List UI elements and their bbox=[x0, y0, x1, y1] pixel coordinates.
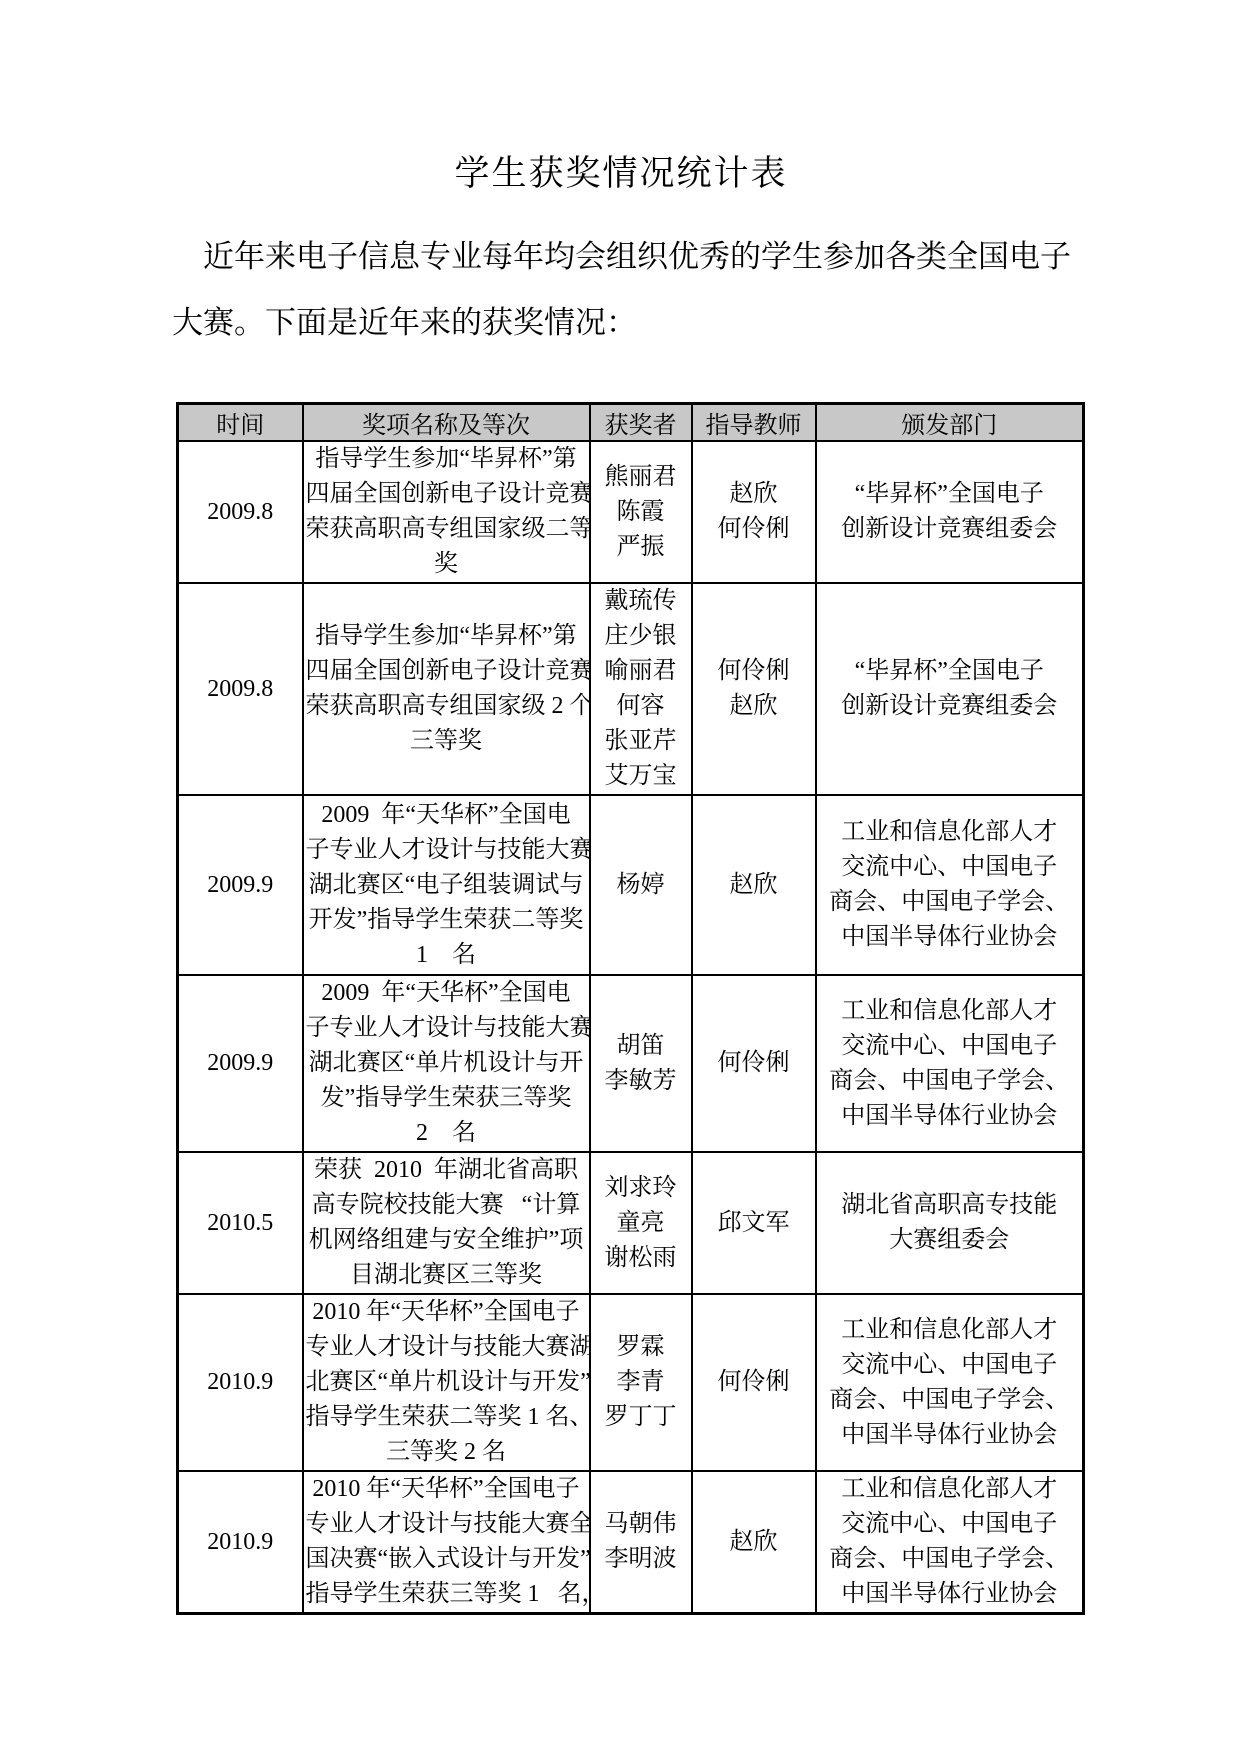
table-row: 2009.8指导学生参加“毕昇杯”第 四届全国创新电子设计竞赛 荣获高职高专组国… bbox=[178, 583, 1084, 795]
cell-issuer: “毕昇杯”全国电子 创新设计竞赛组委会 bbox=[816, 441, 1084, 583]
cell-award: 2010 年“天华杯”全国电子 专业人才设计与技能大赛湖 北赛区“单片机设计与开… bbox=[303, 1294, 590, 1471]
document-page: 学生获奖情况统计表 近年来电子信息专业每年均会组织优秀的学生参加各类全国电子 大… bbox=[0, 0, 1242, 1615]
cell-issuer: 工业和信息化部人才 交流中心、中国电子 商会、中国电子学会、 中国半导体行业协会 bbox=[816, 795, 1084, 975]
intro-line-2: 大赛。下面是近年来的获奖情况： bbox=[172, 290, 1082, 356]
cell-teacher: 赵欣 bbox=[692, 795, 816, 975]
cell-time: 2010.9 bbox=[178, 1471, 303, 1614]
cell-time: 2010.9 bbox=[178, 1294, 303, 1471]
table-row: 2010.92010 年“天华杯”全国电子 专业人才设计与技能大赛全 国决赛“嵌… bbox=[178, 1471, 1084, 1614]
cell-winners: 刘求玲 童亮 谢松雨 bbox=[590, 1152, 692, 1294]
cell-issuer: 工业和信息化部人才 交流中心、中国电子 商会、中国电子学会、 中国半导体行业协会 bbox=[816, 975, 1084, 1152]
cell-award: 2009 年“天华杯”全国电 子专业人才设计与技能大赛 湖北赛区“单片机设计与开… bbox=[303, 975, 590, 1152]
cell-teacher: 赵欣 何伶俐 bbox=[692, 441, 816, 583]
cell-winners: 马朝伟 李明波 bbox=[590, 1471, 692, 1614]
cell-time: 2009.9 bbox=[178, 975, 303, 1152]
cell-time: 2010.5 bbox=[178, 1152, 303, 1294]
cell-time: 2009.8 bbox=[178, 583, 303, 795]
cell-award: 2009 年“天华杯”全国电 子专业人才设计与技能大赛 湖北赛区“电子组装调试与… bbox=[303, 795, 590, 975]
header-award: 奖项名称及等次 bbox=[303, 404, 590, 442]
table-row: 2009.8指导学生参加“毕昇杯”第 四届全国创新电子设计竞赛 荣获高职高专组国… bbox=[178, 441, 1084, 583]
cell-winners: 戴琉传 庄少银 喻丽君 何容 张亚芹 艾万宝 bbox=[590, 583, 692, 795]
header-winners: 获奖者 bbox=[590, 404, 692, 442]
cell-issuer: 湖北省高职高专技能 大赛组委会 bbox=[816, 1152, 1084, 1294]
header-issuer: 颁发部门 bbox=[816, 404, 1084, 442]
table-header-row: 时间 奖项名称及等次 获奖者 指导教师 颁发部门 bbox=[178, 404, 1084, 442]
cell-winners: 杨婷 bbox=[590, 795, 692, 975]
header-time: 时间 bbox=[178, 404, 303, 442]
awards-table: 时间 奖项名称及等次 获奖者 指导教师 颁发部门 2009.8指导学生参加“毕昇… bbox=[176, 402, 1085, 1615]
cell-award: 指导学生参加“毕昇杯”第 四届全国创新电子设计竞赛 荣获高职高专组国家级二等 奖 bbox=[303, 441, 590, 583]
table-row: 2010.5荣获 2010 年湖北省高职 高专院校技能大赛 “计算 机网络组建与… bbox=[178, 1152, 1084, 1294]
page-title: 学生获奖情况统计表 bbox=[0, 0, 1242, 196]
cell-issuer: “毕昇杯”全国电子 创新设计竞赛组委会 bbox=[816, 583, 1084, 795]
table-row: 2009.92009 年“天华杯”全国电 子专业人才设计与技能大赛 湖北赛区“电… bbox=[178, 795, 1084, 975]
cell-teacher: 邱文军 bbox=[692, 1152, 816, 1294]
cell-winners: 胡笛 李敏芳 bbox=[590, 975, 692, 1152]
cell-time: 2009.9 bbox=[178, 795, 303, 975]
cell-time: 2009.8 bbox=[178, 441, 303, 583]
intro-line-1: 近年来电子信息专业每年均会组织优秀的学生参加各类全国电子 bbox=[172, 224, 1082, 290]
cell-winners: 熊丽君 陈霞 严振 bbox=[590, 441, 692, 583]
cell-winners: 罗霖 李青 罗丁丁 bbox=[590, 1294, 692, 1471]
cell-teacher: 赵欣 bbox=[692, 1471, 816, 1614]
cell-issuer: 工业和信息化部人才 交流中心、中国电子 商会、中国电子学会、 中国半导体行业协会 bbox=[816, 1294, 1084, 1471]
cell-teacher: 何伶俐 bbox=[692, 975, 816, 1152]
cell-issuer: 工业和信息化部人才 交流中心、中国电子 商会、中国电子学会、 中国半导体行业协会 bbox=[816, 1471, 1084, 1614]
header-teacher: 指导教师 bbox=[692, 404, 816, 442]
table-row: 2009.92009 年“天华杯”全国电 子专业人才设计与技能大赛 湖北赛区“单… bbox=[178, 975, 1084, 1152]
intro-paragraph: 近年来电子信息专业每年均会组织优秀的学生参加各类全国电子 大赛。下面是近年来的获… bbox=[172, 224, 1082, 356]
cell-award: 指导学生参加“毕昇杯”第 四届全国创新电子设计竞赛 荣获高职高专组国家级 2 个… bbox=[303, 583, 590, 795]
cell-teacher: 何伶俐 bbox=[692, 1294, 816, 1471]
cell-award: 2010 年“天华杯”全国电子 专业人才设计与技能大赛全 国决赛“嵌入式设计与开… bbox=[303, 1471, 590, 1614]
table-row: 2010.92010 年“天华杯”全国电子 专业人才设计与技能大赛湖 北赛区“单… bbox=[178, 1294, 1084, 1471]
cell-teacher: 何伶俐 赵欣 bbox=[692, 583, 816, 795]
cell-award: 荣获 2010 年湖北省高职 高专院校技能大赛 “计算 机网络组建与安全维护”项… bbox=[303, 1152, 590, 1294]
